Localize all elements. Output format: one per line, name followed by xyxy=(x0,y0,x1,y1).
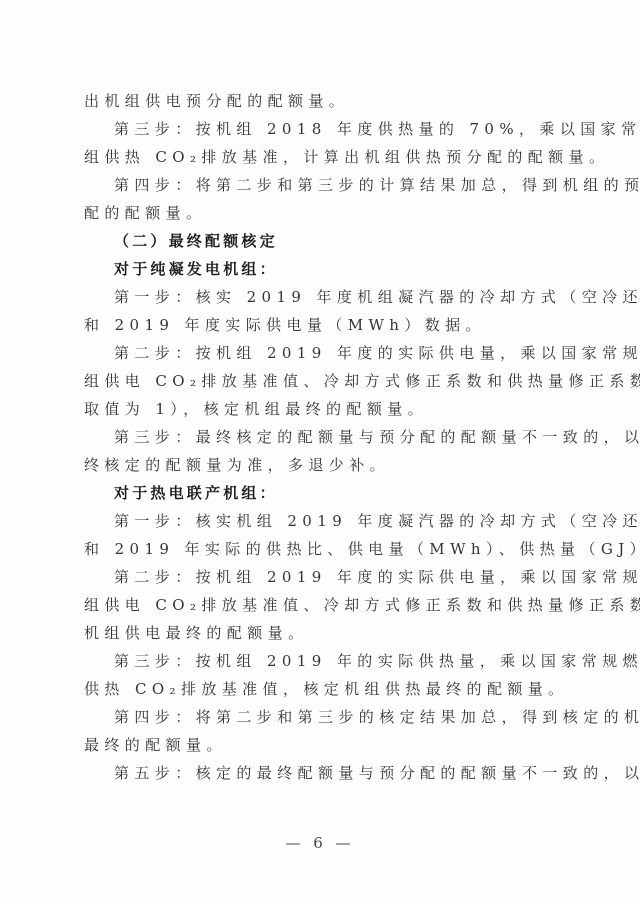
paragraph-line: 出机组供电预分配的配额量。 xyxy=(84,87,558,115)
subsection-heading: 对于热电联产机组： xyxy=(84,479,558,507)
paragraph-line: 和 2019 年实际的供热比、供电量（MWh）、供热量（GJ）数据。 xyxy=(84,535,558,563)
paragraph-line: 组供电 CO₂排放基准值、冷却方式修正系数和供热量修正系数，核定 xyxy=(84,591,558,619)
paragraph-line: 和 2019 年度实际供电量（MWh）数据。 xyxy=(84,311,558,339)
document-page: 出机组供电预分配的配额量。 第三步：按机组 2018 年度供热量的 70%，乘以… xyxy=(0,0,640,905)
document-body: 出机组供电预分配的配额量。 第三步：按机组 2018 年度供热量的 70%，乘以… xyxy=(84,87,558,787)
paragraph-line: 取值为 1），核定机组最终的配额量。 xyxy=(84,395,558,423)
paragraph-line: 第三步：最终核定的配额量与预分配的配额量不一致的，以最 xyxy=(84,423,558,451)
paragraph-line: 最终的配额量。 xyxy=(84,731,558,759)
paragraph-line: 第四步：将第二步和第三步的计算结果加总，得到机组的预分 xyxy=(84,171,558,199)
subsection-heading: 对于纯凝发电机组： xyxy=(84,255,558,283)
paragraph-line: 组供电 CO₂排放基准值、冷却方式修正系数和供热量修正系数（实际 xyxy=(84,367,558,395)
paragraph-line: 供热 CO₂排放基准值，核定机组供热最终的配额量。 xyxy=(84,675,558,703)
paragraph-line: 第四步：将第二步和第三步的核定结果加总，得到核定的机组 xyxy=(84,703,558,731)
paragraph-line: 第三步：按机组 2019 年的实际供热量，乘以国家常规燃煤机组 xyxy=(84,647,558,675)
paragraph-line: 终核定的配额量为准，多退少补。 xyxy=(84,451,558,479)
paragraph-line: 组供热 CO₂排放基准，计算出机组供热预分配的配额量。 xyxy=(84,143,558,171)
paragraph-line: 第一步：核实 2019 年度机组凝汽器的冷却方式（空冷还是水冷） xyxy=(84,283,558,311)
paragraph-line: 机组供电最终的配额量。 xyxy=(84,619,558,647)
paragraph-line: 第二步：按机组 2019 年度的实际供电量，乘以国家常规燃煤机 xyxy=(84,339,558,367)
paragraph-line: 第五步：核定的最终配额量与预分配的配额量不一致的，以最 xyxy=(84,759,558,787)
paragraph-line: 第一步：核实机组 2019 年度凝汽器的冷却方式（空冷还是水冷） xyxy=(84,507,558,535)
section-heading: （二）最终配额核定 xyxy=(84,227,558,255)
paragraph-line: 第三步：按机组 2018 年度供热量的 70%，乘以国家常规燃煤机 xyxy=(84,115,558,143)
paragraph-line: 第二步：按机组 2019 年度的实际供电量，乘以国家常规燃煤机 xyxy=(84,563,558,591)
page-number: — 6 — xyxy=(0,834,640,852)
paragraph-line: 配的配额量。 xyxy=(84,199,558,227)
